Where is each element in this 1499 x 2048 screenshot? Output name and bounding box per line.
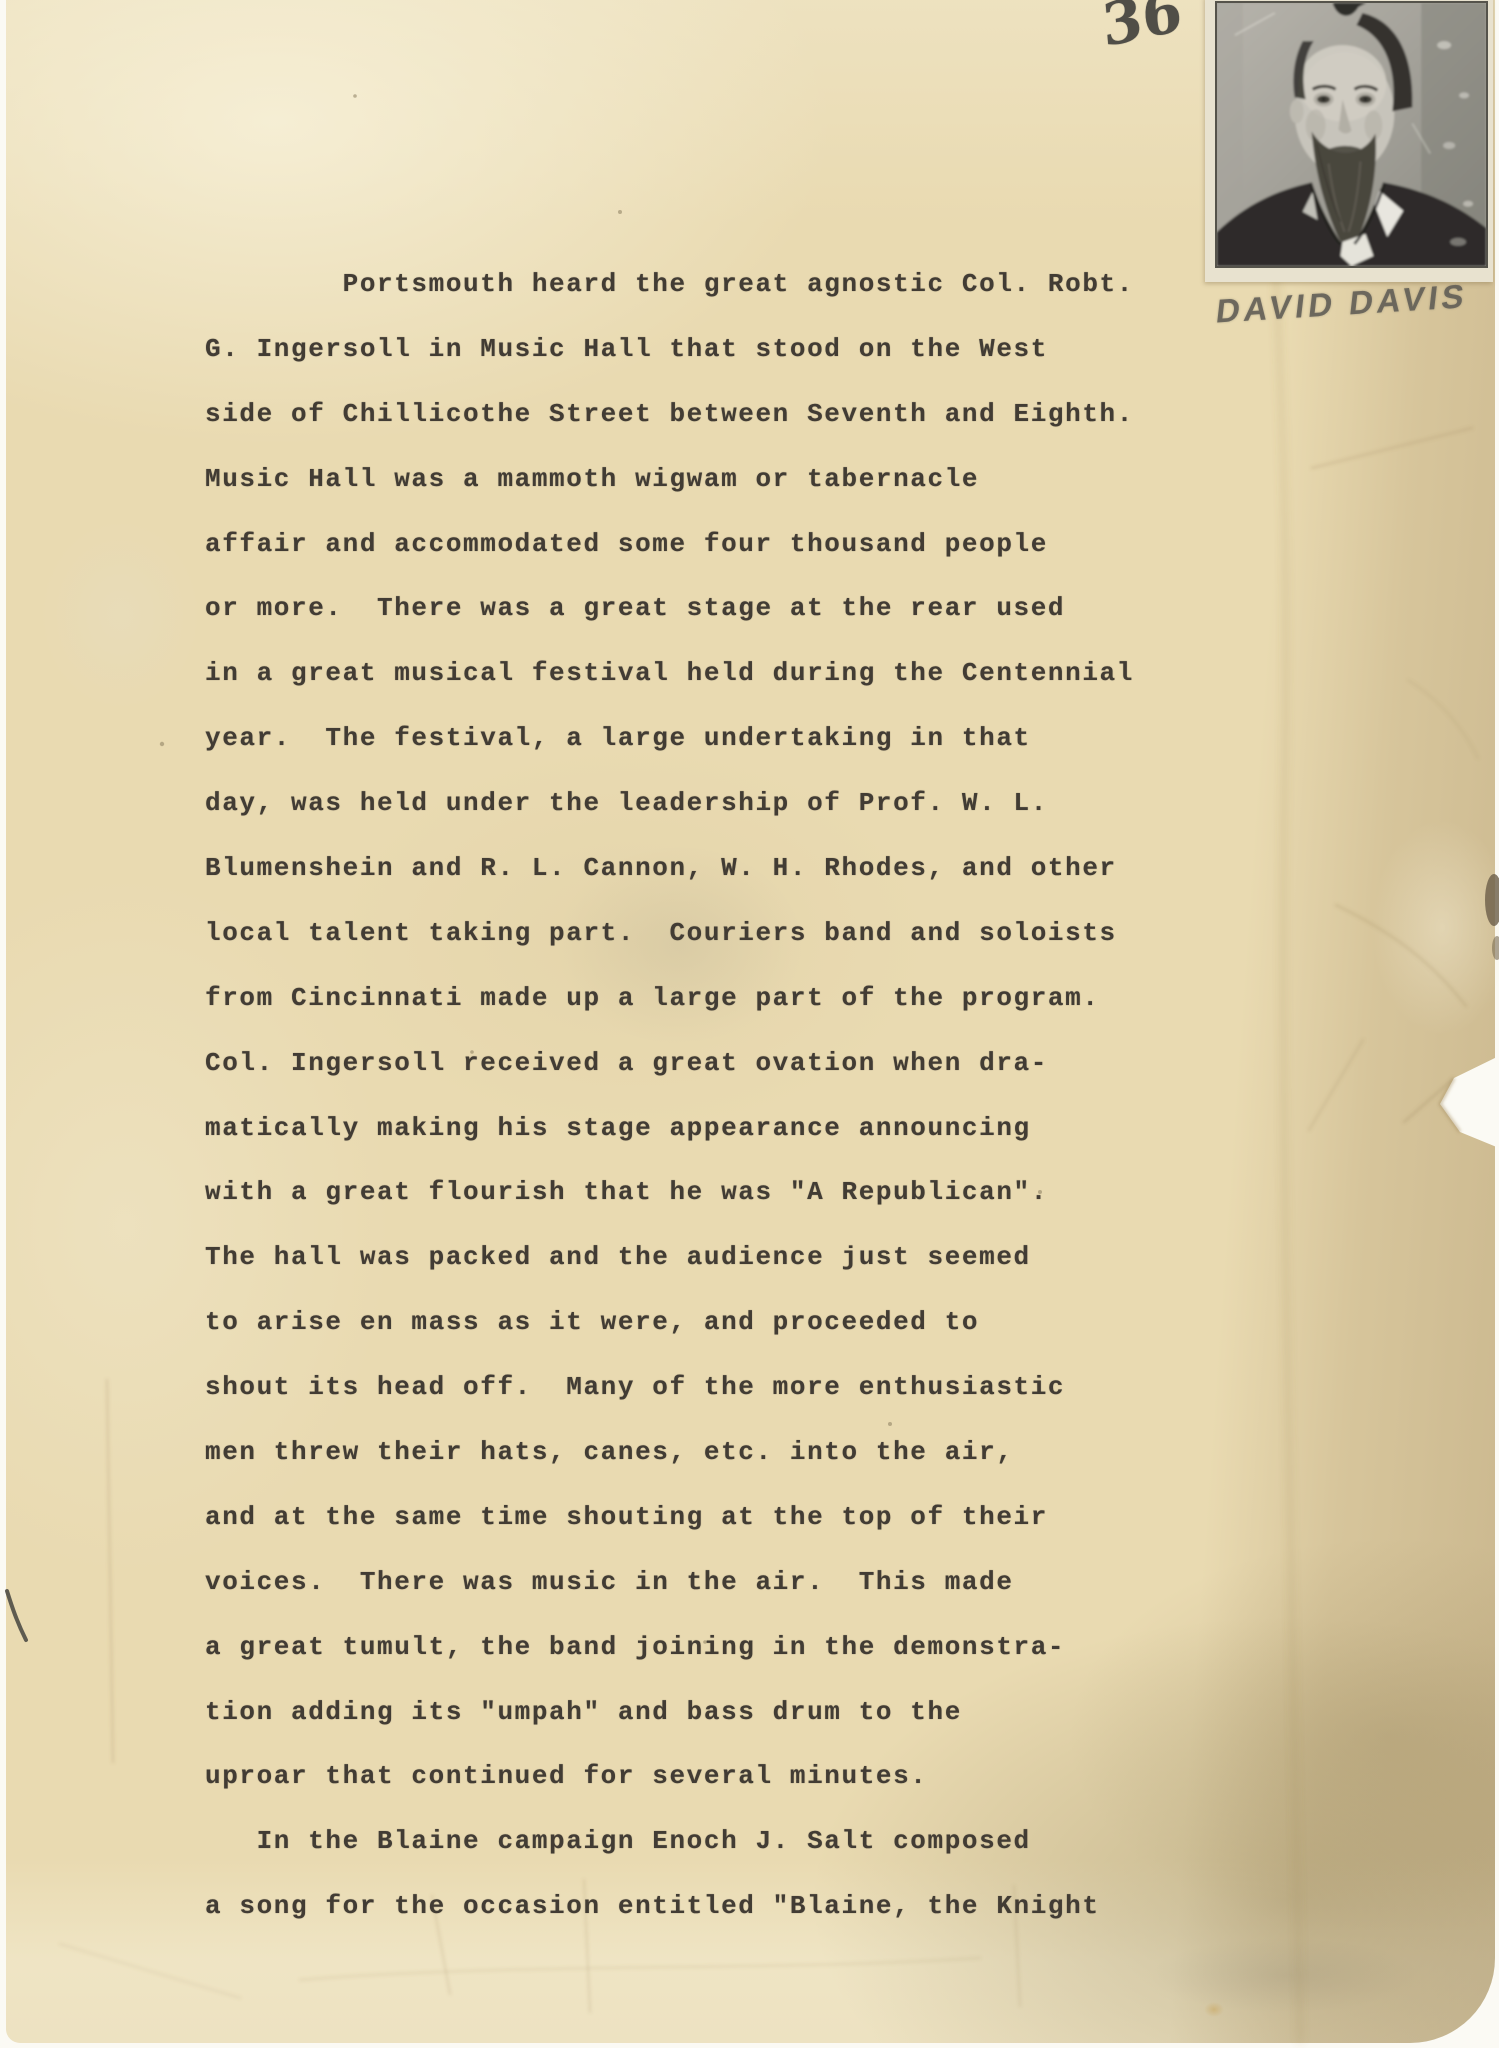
typed-line: from Cincinnati made up a large part of … bbox=[205, 966, 1365, 1031]
typed-text: Portsmouth heard the great agnostic Col.… bbox=[205, 252, 1365, 1939]
typed-line: year. The festival, a large undertaking … bbox=[205, 706, 1365, 771]
typed-line: men threw their hats, canes, etc. into t… bbox=[205, 1420, 1365, 1485]
typed-line: with a great flourish that he was "A Rep… bbox=[205, 1160, 1365, 1225]
photo-frame bbox=[1215, 1, 1488, 268]
typed-line: a song for the occasion entitled "Blaine… bbox=[205, 1874, 1365, 1939]
typed-line: voices. There was music in the air. This… bbox=[205, 1550, 1365, 1615]
typed-line: In the Blaine campaign Enoch J. Salt com… bbox=[205, 1809, 1365, 1874]
portrait-photo bbox=[1205, 0, 1493, 282]
typed-line: a great tumult, the band joining in the … bbox=[205, 1615, 1365, 1680]
typed-line: to arise en mass as it were, and proceed… bbox=[205, 1290, 1365, 1355]
typed-line: Music Hall was a mammoth wigwam or taber… bbox=[205, 447, 1365, 512]
typed-line: matically making his stage appearance an… bbox=[205, 1096, 1365, 1161]
typed-line: in a great musical festival held during … bbox=[205, 641, 1365, 706]
typed-line: Col. Ingersoll received a great ovation … bbox=[205, 1031, 1365, 1096]
typed-line: Portsmouth heard the great agnostic Col.… bbox=[205, 252, 1365, 317]
typed-line: local talent taking part. Couriers band … bbox=[205, 901, 1365, 966]
typed-line: and at the same time shouting at the top… bbox=[205, 1485, 1365, 1550]
typed-line: day, was held under the leadership of Pr… bbox=[205, 771, 1365, 836]
portrait-of-bearded-man bbox=[1217, 3, 1486, 266]
scanned-page: 36 bbox=[0, 0, 1499, 2048]
typed-line: Blumenshein and R. L. Cannon, W. H. Rhod… bbox=[205, 836, 1365, 901]
typed-line: tion adding its "umpah" and bass drum to… bbox=[205, 1680, 1365, 1745]
typed-line: affair and accommodated some four thousa… bbox=[205, 512, 1365, 577]
typed-line: side of Chillicothe Street between Seven… bbox=[205, 382, 1365, 447]
typed-line: shout its head off. Many of the more ent… bbox=[205, 1355, 1365, 1420]
typed-line: G. Ingersoll in Music Hall that stood on… bbox=[205, 317, 1365, 382]
typed-line: uproar that continued for several minute… bbox=[205, 1744, 1365, 1809]
typed-line: or more. There was a great stage at the … bbox=[205, 576, 1365, 641]
typed-line: The hall was packed and the audience jus… bbox=[205, 1225, 1365, 1290]
